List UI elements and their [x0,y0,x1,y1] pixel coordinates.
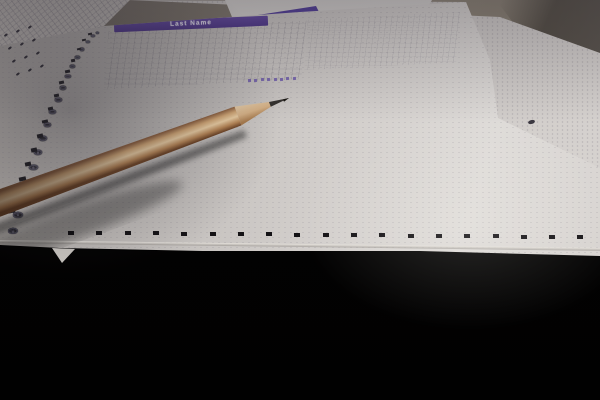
purple-tick [254,79,257,82]
purple-tick [248,79,251,82]
photo-scene: Last Name ABCDABCDABCDEABDEABCDEBCDEABCD… [0,0,600,400]
purple-tick [261,78,264,81]
purple-tick [286,77,289,80]
purple-tick [267,78,270,81]
purple-tick [274,78,277,81]
purple-tick [280,77,283,80]
purple-tick [293,77,296,80]
